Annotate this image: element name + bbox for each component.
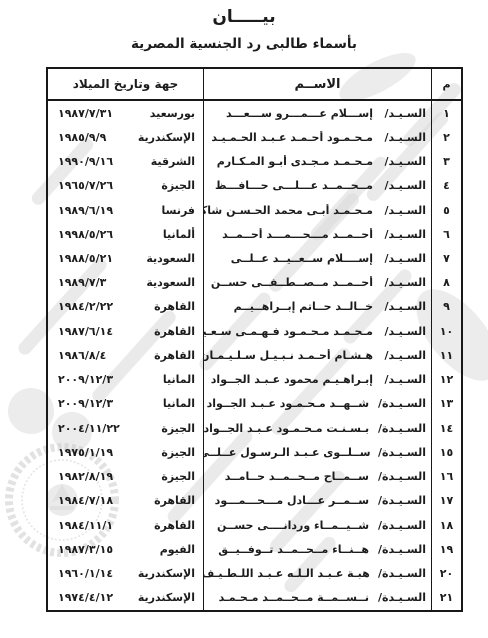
row-number: ٨ bbox=[431, 271, 461, 295]
applicant-name: خــالــد حــاتم إبــراهــيــم bbox=[234, 300, 373, 313]
name-cell: السـيـد/ هـشـام أحـمـد نـبـيـل سـلـيـمـا… bbox=[203, 343, 431, 367]
row-number: ١٠ bbox=[431, 319, 461, 343]
birth-date: ١٩٨٨/٥/٢١ bbox=[58, 252, 113, 265]
honorific-text: السـيـدة/ bbox=[378, 470, 426, 483]
birth-cell: الإسكندرية ١٩٨٥/٩/٩ bbox=[48, 125, 203, 149]
table-header-row: م الاســم جهة وتاريخ الميلاد bbox=[48, 69, 461, 101]
table-row: ٢٠ السـيـدة/ هبـة عـبـد الـلـه عـبـد الل… bbox=[48, 561, 461, 585]
birth-date: ١٩٧٤/٤/١٢ bbox=[58, 591, 113, 604]
birth-place: المانيا bbox=[163, 397, 195, 410]
applicant-name: مـحـمـد مـحـمـود فـهـمـى سـعـيـد bbox=[204, 325, 373, 338]
birth-place: السعودية bbox=[146, 252, 195, 265]
applicant-name: نــســمــة مــحــمــد مـحـمـد bbox=[219, 591, 369, 604]
birth-place: الإسكندرية bbox=[138, 567, 195, 580]
birth-place: بورسعيد bbox=[150, 107, 195, 120]
birth-cell: السعودية ١٩٨٩/٧/٣ bbox=[48, 271, 203, 295]
applicant-name: إســـلام عـــمـــرو ســـعـــد bbox=[226, 107, 373, 120]
table-row: ١٢ السـيـد/ إبـراهـيـم محمود عـبـد الجــ… bbox=[48, 368, 461, 392]
honorific-text: السـيـدة/ bbox=[378, 494, 426, 507]
table-row: ١٩ السـيـدة/ هــنــاء مــحــمــد تــوفــ… bbox=[48, 537, 461, 561]
birth-date: ١٩٩٠/٩/١٦ bbox=[58, 155, 113, 168]
birth-cell: المانيا ٢٠٠٩/١٢/٣ bbox=[48, 392, 203, 416]
birth-date: ٢٠٠٩/١٢/٣ bbox=[58, 373, 113, 386]
name-cell: السـيـد/ مــحــمــد عـــلـــى حـــافـــظ bbox=[203, 174, 431, 198]
table-row: ٢ السـيـد/ مـحـمـود أحـمـد عـبـد الحـمـي… bbox=[48, 125, 461, 149]
honorific-text: السـيـدة/ bbox=[378, 519, 426, 532]
birth-place: القاهرة bbox=[154, 519, 195, 532]
name-cell: السـيـدة/ هبـة عـبـد الـلـه عـبـد اللـطـ… bbox=[203, 561, 431, 585]
honorific-text: السـيـدة/ bbox=[378, 422, 426, 435]
birth-cell: الجيزة ١٩٨٢/٨/١٩ bbox=[48, 465, 203, 489]
row-number: ١٥ bbox=[431, 440, 461, 464]
honorific-text: السـيـد/ bbox=[382, 300, 426, 313]
birth-cell: المانيا ٢٠٠٩/١٢/٣ bbox=[48, 368, 203, 392]
birth-cell: فرنسا ١٩٨٩/٦/١٩ bbox=[48, 198, 203, 222]
birth-place: المانيا bbox=[163, 373, 195, 386]
name-cell: السـيـد/ إســـلام عـــمـــرو ســـعـــد bbox=[203, 101, 431, 125]
birth-date: ١٩٨٧/٦/١٤ bbox=[58, 325, 113, 338]
applicant-name: إســــلام ســعــيــد عــلــى bbox=[231, 252, 373, 265]
row-number: ١٣ bbox=[431, 392, 461, 416]
honorific-text: السـيـد/ bbox=[382, 349, 426, 362]
name-cell: السـيـدة/ هــنــاء مــحــمــد تــوفــيــ… bbox=[203, 537, 431, 561]
birth-cell: القاهرة ١٩٨٤/١١/١ bbox=[48, 513, 203, 537]
applicant-name: مـحـمـد أبـى محمد الحـسـن شاكر bbox=[204, 204, 373, 217]
applicant-name: إبـراهـيـم محمود عـبـد الجــواد bbox=[211, 373, 373, 386]
birth-date: ١٩٦٥/٧/٢٦ bbox=[58, 179, 113, 192]
name-cell: السـيـد/ مـحـمـد أبـى محمد الحـسـن شاكر bbox=[203, 198, 431, 222]
applicant-name: شــيــمــاء وردانــــى حســن bbox=[217, 519, 369, 532]
birth-place: القاهرة bbox=[154, 349, 195, 362]
name-cell: السـيـد/ خــالــد حــاتم إبــراهــيــم bbox=[203, 295, 431, 319]
table-row: ١ السـيـد/ إســـلام عـــمـــرو ســـعـــد… bbox=[48, 101, 461, 125]
birth-date: ١٩٨٩/٦/١٩ bbox=[58, 204, 113, 217]
table-row: ١٨ السـيـدة/ شــيــمــاء وردانــــى حســ… bbox=[48, 513, 461, 537]
applicant-name: هــنــاء مــحــمــد تــوفــيــق bbox=[218, 543, 369, 556]
table-row: ١٧ السـيـدة/ ســمــر عـــادل مـــحـــمــ… bbox=[48, 489, 461, 513]
row-number: ٩ bbox=[431, 295, 461, 319]
name-cell: السـيـدة/ بـسـنـت مـحـمـود عـبـد الجــوا… bbox=[203, 416, 431, 440]
name-cell: السـيـد/ مـحـمـود أحـمـد عـبـد الحـمـيـد bbox=[203, 125, 431, 149]
birth-cell: القاهرة ١٩٨٤/٧/١٨ bbox=[48, 489, 203, 513]
honorific-text: السـيـد/ bbox=[382, 228, 426, 241]
birth-place: القاهرة bbox=[154, 325, 195, 338]
table-row: ٦ السـيـد/ أحــمــد مـــحـــمـــد أحــمـ… bbox=[48, 222, 461, 246]
birth-place: الجيزة bbox=[161, 422, 195, 435]
name-cell: السـيـد/ إســــلام ســعــيــد عــلــى bbox=[203, 246, 431, 270]
birth-date: ١٩٧٥/١/١٩ bbox=[58, 446, 113, 459]
birth-cell: القاهرة ١٩٨٧/٦/١٤ bbox=[48, 319, 203, 343]
row-number: ١٢ bbox=[431, 368, 461, 392]
header-birth: جهة وتاريخ الميلاد bbox=[48, 69, 203, 99]
birth-cell: القاهرة ١٩٨٦/٨/٤ bbox=[48, 343, 203, 367]
birth-place: الشرقية bbox=[151, 155, 195, 168]
table-row: ٨ السـيـد/ أحــمــد مــصــطــفــى حســن … bbox=[48, 271, 461, 295]
honorific-text: السـيـدة/ bbox=[378, 397, 426, 410]
name-cell: السـيـد/ أحــمــد مــصــطــفــى حســن bbox=[203, 271, 431, 295]
applicant-name: شــهــد مـحـمـود عـبـد الجــواد bbox=[207, 397, 369, 410]
birth-place: السعودية bbox=[146, 276, 195, 289]
applicant-name: مـحـمـود أحـمـد عـبـد الحـمـيـد bbox=[211, 131, 373, 144]
applicants-table: م الاســم جهة وتاريخ الميلاد ١ السـيـد/ … bbox=[46, 67, 463, 612]
birth-date: ١٩٨٤/١١/١ bbox=[58, 519, 113, 532]
row-number: ١٨ bbox=[431, 513, 461, 537]
birth-place: الجيزة bbox=[161, 470, 195, 483]
table-row: ٢١ السـيـدة/ نــســمــة مــحــمــد مـحـم… bbox=[48, 586, 461, 610]
row-number: ١٧ bbox=[431, 489, 461, 513]
birth-date: ١٩٨٤/٧/١٨ bbox=[58, 494, 113, 507]
name-cell: السـيـد/ أحــمــد مـــحـــمـــد أحــمــد bbox=[203, 222, 431, 246]
row-number: ٣ bbox=[431, 149, 461, 173]
row-number: ١٤ bbox=[431, 416, 461, 440]
birth-cell: ألمانيا ١٩٩٨/٥/٢٦ bbox=[48, 222, 203, 246]
table-row: ١٣ السـيـدة/ شــهــد مـحـمـود عـبـد الجـ… bbox=[48, 392, 461, 416]
birth-date: ١٩٨٧/٧/٣١ bbox=[58, 107, 113, 120]
applicant-name: أحــمــد مــصــطــفــى حســن bbox=[211, 276, 373, 289]
birth-cell: الجيزة ٢٠٠٤/١١/٢٢ bbox=[48, 416, 203, 440]
birth-cell: الجيزة ١٩٧٥/١/١٩ bbox=[48, 440, 203, 464]
honorific-text: السـيـد/ bbox=[382, 325, 426, 338]
birth-place: فرنسا bbox=[162, 204, 196, 217]
birth-cell: بورسعيد ١٩٨٧/٧/٣١ bbox=[48, 101, 203, 125]
birth-place: الإسكندرية bbox=[138, 591, 195, 604]
birth-date: ١٩٩٨/٥/٢٦ bbox=[58, 228, 113, 241]
table-row: ١٦ السـيـدة/ ســمــاح مــحــمــد حــامــ… bbox=[48, 465, 461, 489]
applicant-name: مـحـمـد مـجـدى أبـو المـكـارم bbox=[217, 155, 373, 168]
birth-cell: الإسكندرية ١٩٦٠/١/١٤ bbox=[48, 561, 203, 585]
honorific-text: السـيـدة/ bbox=[378, 591, 426, 604]
applicant-name: مــحــمــد عـــلـــى حـــافـــظ bbox=[215, 179, 373, 192]
applicant-name: ســمــاح مــحــمــد حــامــد bbox=[225, 470, 369, 483]
name-cell: السـيـدة/ ســلــوى عـبـد الـرسـول عــلــ… bbox=[203, 440, 431, 464]
birth-date: ٢٠٠٩/١٢/٣ bbox=[58, 397, 113, 410]
birth-cell: الإسكندرية ١٩٧٤/٤/١٢ bbox=[48, 586, 203, 610]
honorific-text: السـيـدة/ bbox=[380, 446, 426, 459]
table-row: ٩ السـيـد/ خــالــد حــاتم إبــراهــيــم… bbox=[48, 295, 461, 319]
table-row: ١٤ السـيـدة/ بـسـنـت مـحـمـود عـبـد الجـ… bbox=[48, 416, 461, 440]
table-row: ١١ السـيـد/ هـشـام أحـمـد نـبـيـل سـلـيـ… bbox=[48, 343, 461, 367]
honorific-text: السـيـد/ bbox=[382, 204, 426, 217]
row-number: ٢٠ bbox=[431, 561, 461, 585]
name-cell: السـيـدة/ شــهــد مـحـمـود عـبـد الجــوا… bbox=[203, 392, 431, 416]
birth-place: الفيوم bbox=[160, 543, 195, 556]
name-cell: السـيـدة/ نــســمــة مــحــمــد مـحـمـد bbox=[203, 586, 431, 610]
honorific-text: السـيـد/ bbox=[382, 276, 426, 289]
applicant-name: بـسـنـت مـحـمـود عـبـد الجــواد bbox=[204, 422, 369, 435]
applicant-name: ســمــر عـــادل مـــحـــمـــود bbox=[215, 494, 369, 507]
honorific-text: السـيـد/ bbox=[382, 131, 426, 144]
birth-date: ١٩٦٠/١/١٤ bbox=[58, 567, 113, 580]
birth-place: الإسكندرية bbox=[138, 131, 195, 144]
table-row: ٥ السـيـد/ مـحـمـد أبـى محمد الحـسـن شاك… bbox=[48, 198, 461, 222]
header-index: م bbox=[431, 69, 461, 99]
birth-date: ١٩٨٥/٩/٩ bbox=[58, 131, 106, 144]
birth-place: القاهرة bbox=[154, 300, 195, 313]
birth-place: الجيزة bbox=[161, 446, 195, 459]
table-row: ٧ السـيـد/ إســــلام ســعــيــد عــلــى … bbox=[48, 246, 461, 270]
name-cell: السـيـد/ إبـراهـيـم محمود عـبـد الجــواد bbox=[203, 368, 431, 392]
birth-date: ٢٠٠٤/١١/٢٢ bbox=[58, 422, 120, 435]
birth-date: ١٩٨٧/٣/١٥ bbox=[58, 543, 113, 556]
table-row: ١٠ السـيـد/ مـحـمـد مـحـمـود فـهـمـى سـع… bbox=[48, 319, 461, 343]
honorific-text: السـيـد/ bbox=[382, 373, 426, 386]
row-number: ١ bbox=[431, 101, 461, 125]
birth-place: الجيزة bbox=[161, 179, 195, 192]
birth-place: ألمانيا bbox=[163, 228, 195, 241]
scanned-document-page: بيـــــان بأسماء طالبى رد الجنسية المصري… bbox=[0, 0, 488, 638]
applicant-name: هبـة عـبـد الـلـه عـبـد اللـطـيـف bbox=[204, 567, 370, 580]
row-number: ٢١ bbox=[431, 586, 461, 610]
honorific-text: السـيـدة/ bbox=[378, 543, 426, 556]
birth-date: ١٩٨٦/٨/٤ bbox=[58, 349, 106, 362]
name-cell: السـيـد/ مـحـمـد مـجـدى أبـو المـكـارم bbox=[203, 149, 431, 173]
row-number: ١٩ bbox=[431, 537, 461, 561]
table-body: ١ السـيـد/ إســـلام عـــمـــرو ســـعـــد… bbox=[48, 101, 461, 610]
name-cell: السـيـدة/ ســمــاح مــحــمــد حــامــد bbox=[203, 465, 431, 489]
birth-date: ١٩٨٤/٢/٢٢ bbox=[58, 300, 113, 313]
birth-cell: الشرقية ١٩٩٠/٩/١٦ bbox=[48, 149, 203, 173]
honorific-text: السـيـدة/ bbox=[379, 567, 426, 580]
table-row: ١٥ السـيـدة/ ســلــوى عـبـد الـرسـول عــ… bbox=[48, 440, 461, 464]
table-row: ٤ السـيـد/ مــحــمــد عـــلـــى حـــافــ… bbox=[48, 174, 461, 198]
row-number: ١١ bbox=[431, 343, 461, 367]
honorific-text: السـيـد/ bbox=[382, 155, 426, 168]
table-row: ٣ السـيـد/ مـحـمـد مـجـدى أبـو المـكـارم… bbox=[48, 149, 461, 173]
applicant-name: ســلــوى عـبـد الـرسـول عــلــى bbox=[204, 446, 371, 459]
birth-date: ١٩٨٢/٨/١٩ bbox=[58, 470, 113, 483]
birth-cell: السعودية ١٩٨٨/٥/٢١ bbox=[48, 246, 203, 270]
name-cell: السـيـدة/ ســمــر عـــادل مـــحـــمـــود bbox=[203, 489, 431, 513]
applicant-name: هـشـام أحـمـد نـبـيـل سـلـيـمـان bbox=[204, 349, 373, 362]
birth-date: ١٩٨٩/٧/٣ bbox=[58, 276, 106, 289]
birth-cell: الفيوم ١٩٨٧/٣/١٥ bbox=[48, 537, 203, 561]
page-title: بيـــــان bbox=[0, 7, 488, 27]
row-number: ٢ bbox=[431, 125, 461, 149]
row-number: ٦ bbox=[431, 222, 461, 246]
row-number: ٤ bbox=[431, 174, 461, 198]
row-number: ١٦ bbox=[431, 465, 461, 489]
honorific-text: السـيـد/ bbox=[382, 179, 426, 192]
applicant-name: أحــمــد مـــحـــمـــد أحــمــد bbox=[222, 228, 373, 241]
name-cell: السـيـدة/ شــيــمــاء وردانــــى حســن bbox=[203, 513, 431, 537]
header-name: الاســم bbox=[203, 69, 431, 99]
honorific-text: السـيـد/ bbox=[382, 107, 426, 120]
birth-place: القاهرة bbox=[154, 494, 195, 507]
birth-cell: القاهرة ١٩٨٤/٢/٢٢ bbox=[48, 295, 203, 319]
row-number: ٧ bbox=[431, 246, 461, 270]
row-number: ٥ bbox=[431, 198, 461, 222]
name-cell: السـيـد/ مـحـمـد مـحـمـود فـهـمـى سـعـيـ… bbox=[203, 319, 431, 343]
page-subtitle: بأسماء طالبى رد الجنسية المصرية bbox=[0, 36, 488, 52]
birth-cell: الجيزة ١٩٦٥/٧/٢٦ bbox=[48, 174, 203, 198]
honorific-text: السـيـد/ bbox=[382, 252, 426, 265]
